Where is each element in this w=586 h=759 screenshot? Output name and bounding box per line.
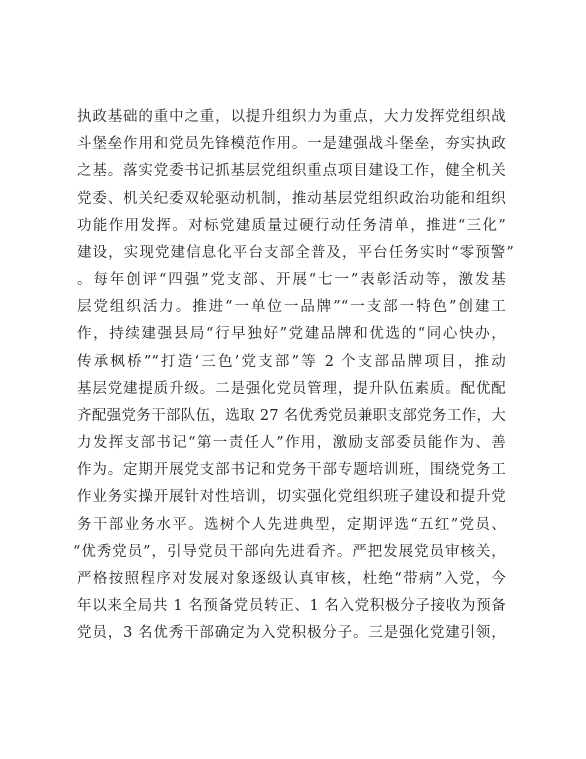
document-body-text: 执政基础的重中之重，以提升组织力为重点，大力发挥党组织战 斗堡垒作用和党员先锋模… bbox=[77, 104, 506, 647]
text-line-19: 年以来全局共 1 名预备党员转正、1 名入党积极分子接收为预备 bbox=[77, 593, 506, 620]
text-line-15: 作业务实操开展针对性培训，切实强化党组织班子建设和提升党 bbox=[77, 484, 506, 511]
text-line-5: 功能作用发挥。对标党建质量过硬行动任务清单，推进“三化” bbox=[77, 213, 506, 240]
text-line-16: 务干部业务水平。选树个人先进典型，定期评选“五红”党员、 bbox=[77, 512, 506, 539]
text-line-20: 党员，3 名优秀干部确定为入党积极分子。三是强化党建引领， bbox=[77, 620, 506, 647]
text-line-11: 基层党建提质升级。二是强化党员管理，提升队伍素质。配优配 bbox=[77, 376, 506, 403]
text-line-14: 作为。定期开展党支部书记和党务干部专题培训班，围绕党务工 bbox=[77, 457, 506, 484]
text-line-1: 执政基础的重中之重，以提升组织力为重点，大力发挥党组织战 bbox=[77, 104, 506, 131]
text-line-6: 建设，实现党建信息化平台支部全普及，平台任务实时“零预警” bbox=[77, 240, 514, 267]
text-line-10: 传承枫桥”“打造‘三色’党支部”等 2 个支部品牌项目，推动 bbox=[77, 349, 506, 376]
text-line-4: 党委、机关纪委双轮驱动机制，推动基层党组织政治功能和组织 bbox=[77, 186, 506, 213]
text-line-13: 力发挥支部书记“第一责任人”作用，激励支部委员能作为、善 bbox=[77, 430, 506, 457]
text-line-2: 斗堡垒作用和党员先锋模范作用。一是建强战斗堡垒，夯实执政 bbox=[77, 131, 506, 158]
document-page: 执政基础的重中之重，以提升组织力为重点，大力发挥党组织战 斗堡垒作用和党员先锋模… bbox=[0, 0, 586, 759]
text-line-3: 之基。落实党委书记抓基层党组织重点项目建设工作，健全机关 bbox=[77, 158, 506, 185]
text-line-18: 严格按照程序对发展对象逐级认真审核，杜绝“带病”入党，今 bbox=[77, 566, 506, 593]
text-line-9: 作，持续建强县局“行早独好”党建品牌和优选的“同心快办， bbox=[77, 321, 506, 348]
text-line-7: 。每年创评“四强”党支部、开展“七一”表彰活动等，激发基 bbox=[77, 267, 506, 294]
text-line-17: “优秀党员”，引导党员干部向先进看齐。严把发展党员审核关， bbox=[73, 539, 506, 566]
text-line-8: 层党组织活力。推进“一单位一品牌”“一支部一特色”创建工 bbox=[77, 294, 506, 321]
text-line-12: 齐配强党务干部队伍，选取 27 名优秀党员兼职支部党务工作，大 bbox=[77, 403, 506, 430]
